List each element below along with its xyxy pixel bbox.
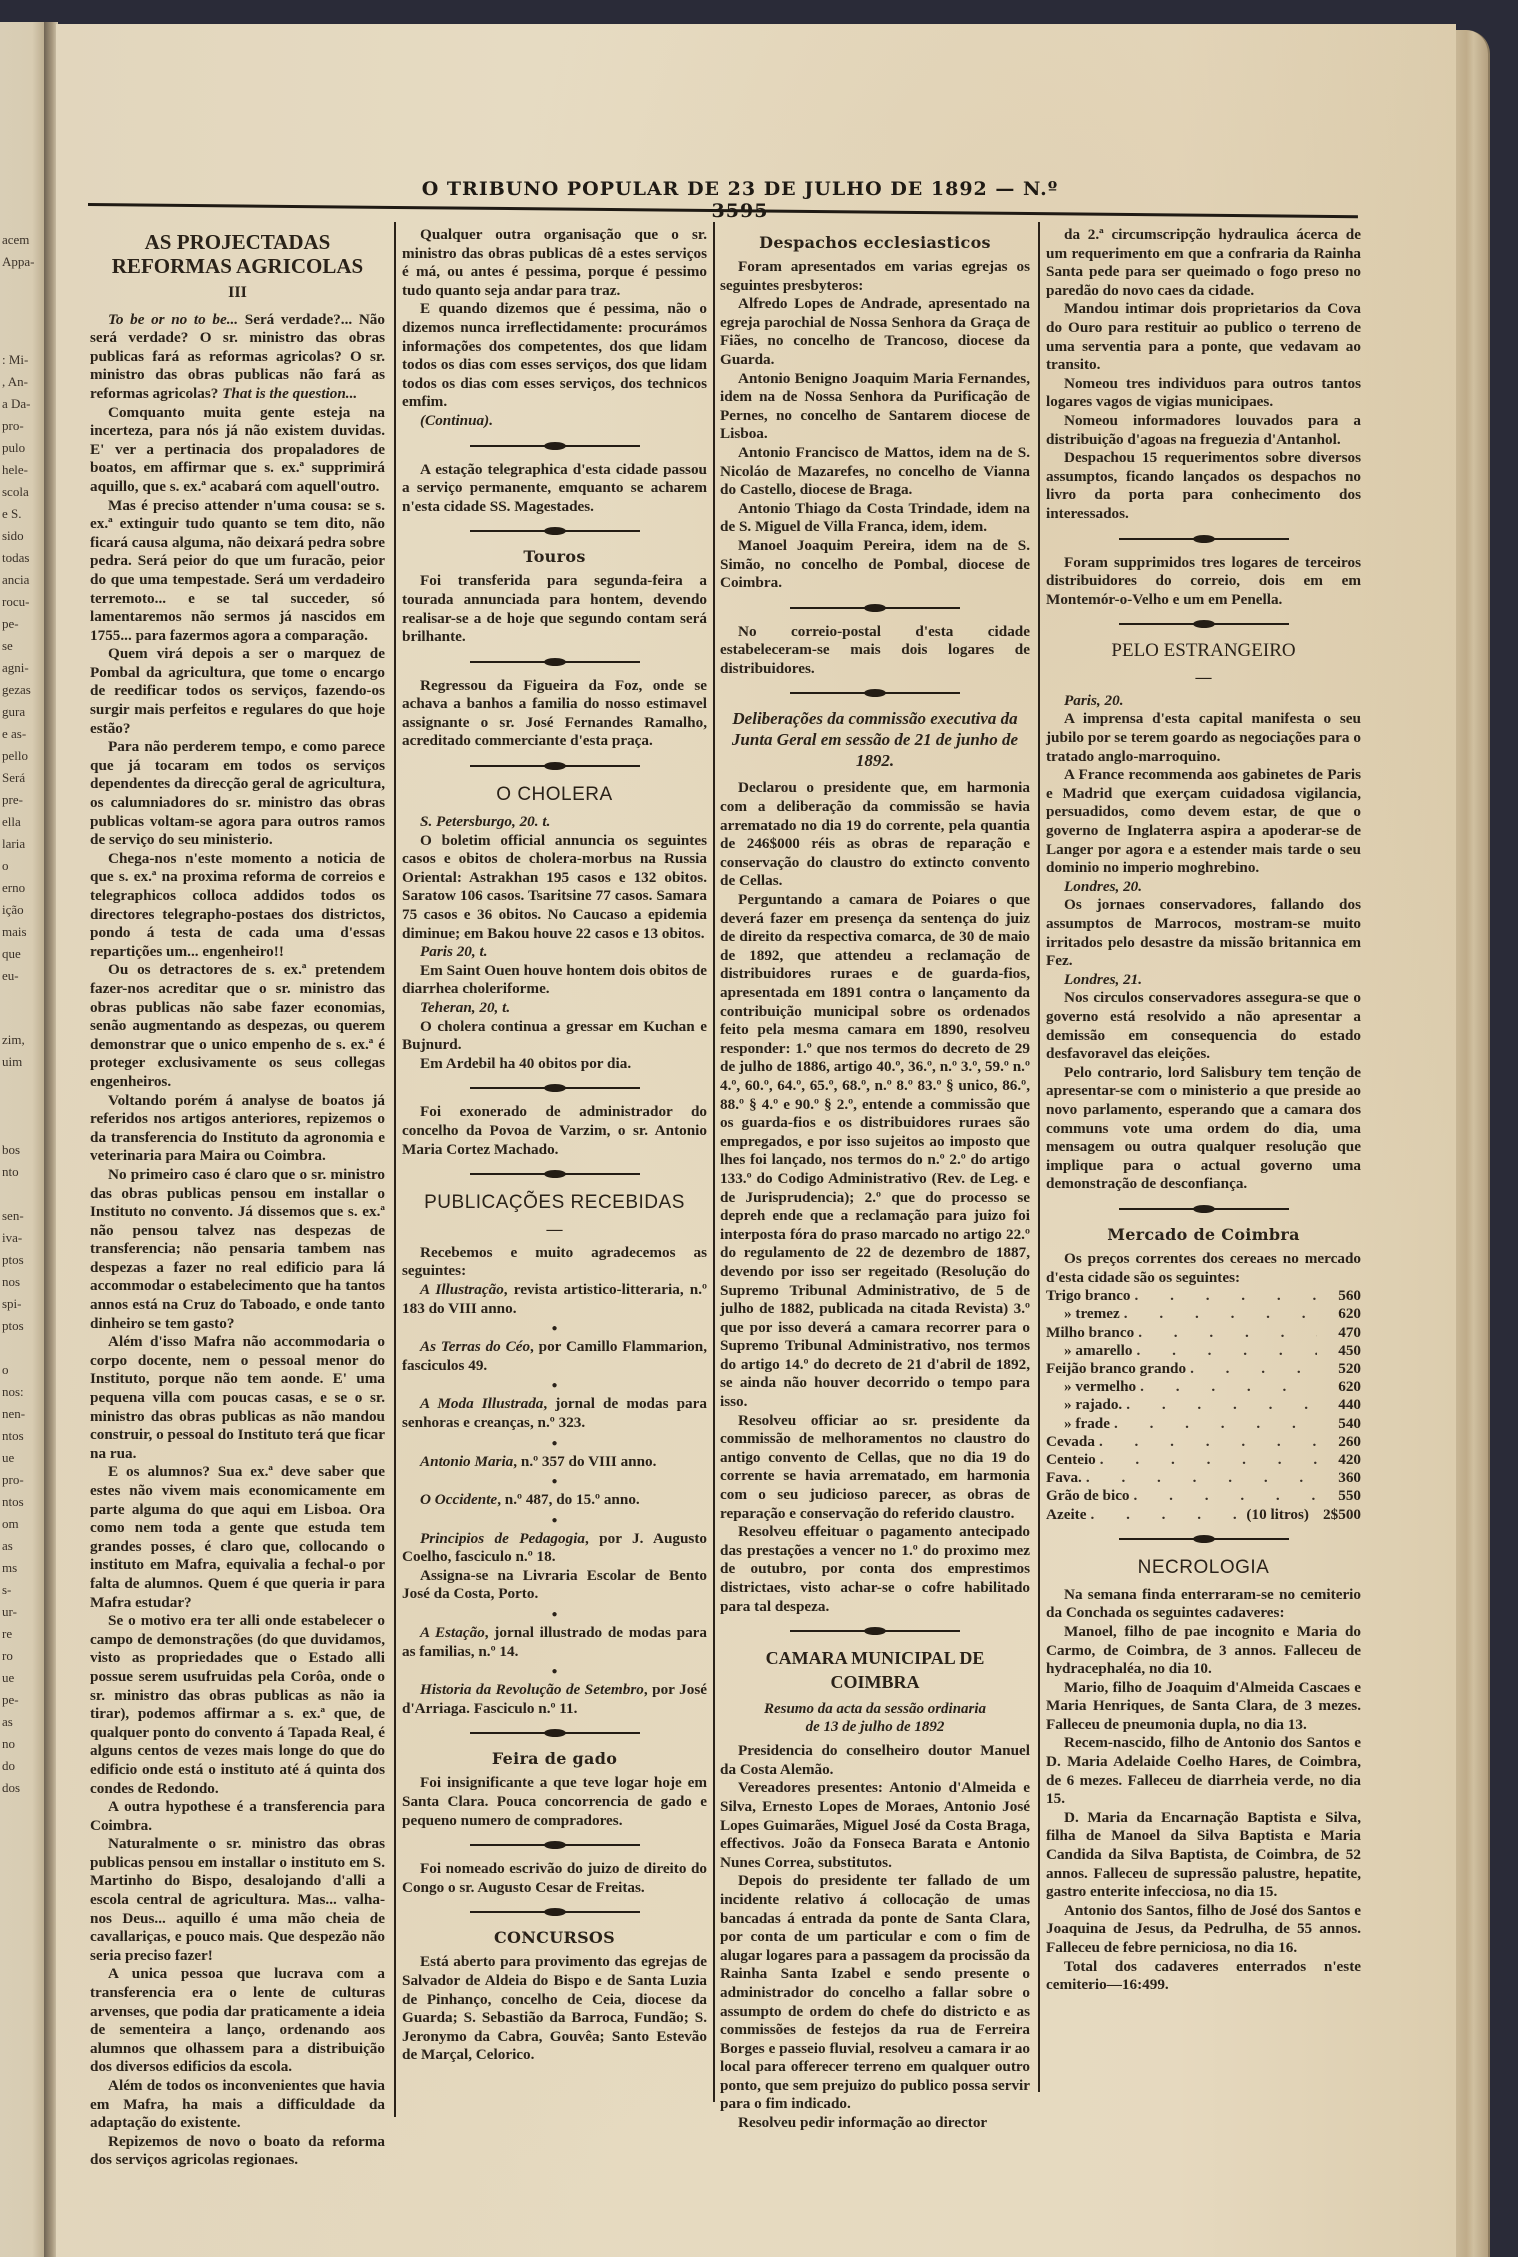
leader-dots: . . . . . . . . . . . . . . . [1122,1396,1317,1414]
price-row: Azeite. . . . . . . . . . . . . . .(10 l… [1046,1506,1361,1524]
price-item-name: » vermelho [1046,1378,1136,1396]
deliberacoes-body: Declarou o presidente que, em harmonia c… [720,779,1030,1616]
ornament-divider [470,437,640,455]
leader-dots: . . . . . . . . . . . . . . . [1132,1342,1317,1360]
article-paragraph: A unica pessoa que lucrava com a transfe… [90,1965,385,2077]
left-page-text-fragment: o [2,1362,9,1377]
news-item-correio: No correio-postal d'esta cidade estabele… [720,623,1030,679]
ornament-divider [470,1724,640,1742]
article-paragraph: Além de todos os inconvenientes que havi… [90,2077,385,2133]
ornament-divider [470,1165,640,1183]
leader-dots: . . . . . . . . . . . . . . . [1120,1305,1317,1323]
article-paragraph: Comquanto muita gente esteja na incertez… [90,404,385,497]
left-page-text-fragment: ro [2,1648,13,1663]
price-item-name: » amarello [1046,1342,1132,1360]
dash-divider: — [402,1221,707,1240]
ornament-divider [1119,1200,1289,1218]
left-page-text-fragment: nto [2,1164,19,1179]
section-title-necrologia: NECROLOGIA [1046,1556,1361,1580]
article-paragraph: Naturalmente o sr. ministro das obras pu… [90,1835,385,1965]
ornament-divider [1119,530,1289,548]
report-text: O cholera continua a gressar em Kuchan e… [402,1018,707,1055]
left-page-text-fragment: ancia [2,572,29,587]
price-row: Fava.. . . . . . . . . . . . . . .360 [1046,1469,1361,1487]
column-rule [1038,222,1040,2092]
leader-dots: . . . . . . . . . . . . . . . [1110,1415,1317,1433]
price-value: 420 [1317,1451,1361,1469]
leader-dots: . . . . . . . . . . . . . . . [1096,1451,1317,1469]
bullet-separator: ● [402,1322,707,1336]
publications-intro: Recebemos e muito agradecemos as seguint… [402,1244,707,1281]
price-row: Milho branco. . . . . . . . . . . . . . … [1046,1324,1361,1342]
article-title: AS PROJECTADAS REFORMAS AGRICOLAS [90,230,385,278]
obituary-entry: Manoel, filho de pae incognito e Maria d… [1046,1623,1361,1679]
bullet-separator: ● [402,1665,707,1679]
price-item-name: » tremez [1046,1305,1120,1323]
publication-entry: As Terras do Céo, por Camillo Flammarion… [402,1338,707,1375]
left-page-text-fragment: todas [2,550,29,565]
article-paragraph: Resolveu officiar ao sr. presidente da c… [720,1412,1030,1524]
publication-title: A Moda Illustrada [420,1395,543,1412]
price-row: Cevada. . . . . . . . . . . . . . .260 [1046,1433,1361,1451]
article-paragraph: No primeiro caso é claro que o sr. minis… [90,1166,385,1333]
left-page-text-fragment: que [2,946,21,961]
price-value: 260 [1317,1433,1361,1451]
masthead: O TRIBUNO POPULAR DE 23 DE JULHO DE 1892… [390,178,1090,222]
left-page-text-fragment: hele- [2,462,28,477]
publication-note: Assigna-se na Livraria Escolar de Bento … [402,1567,707,1604]
report-text: A France recommenda aos gabinetes de Par… [1046,766,1361,878]
article-paragraph: Resolveu effeituar o pagamento antecipad… [720,1523,1030,1616]
price-value: 620 [1317,1378,1361,1396]
price-item-name: Centeio [1046,1451,1096,1469]
section-title-estrangeiro: PELO ESTRANGEIRO [1046,639,1361,663]
ornament-divider [470,522,640,540]
article-paragraph: Além d'isso Mafra não accommodaria o cor… [90,1333,385,1463]
publication-title: As Terras do Céo [420,1338,530,1355]
ornament-divider [470,1903,640,1921]
report-text: Nos circulos conservadores assegura-se q… [1046,989,1361,1063]
column-2: Qualquer outra organisação que o sr. min… [402,226,707,2065]
left-page-text-fragment: bos [2,1142,20,1157]
column-rule [713,222,715,2102]
despacho-entry: Alfredo Lopes de Andrade, apresentado na… [720,295,1030,369]
publication-entry: Historia da Revolução de Setembro, por J… [402,1681,707,1718]
despachos-list: Foram apresentados em varias egrejas os … [720,258,1030,593]
publication-title: A Illustração [420,1281,504,1298]
obituary-entry: Total dos cadaveres enterrados n'este ce… [1046,1958,1361,1995]
left-page-text-fragment: o [2,858,9,873]
article-paragraph: Depois do presidente ter fallado de um i… [720,1872,1030,2114]
left-page-text-fragment: pre- [2,792,23,807]
left-page-text-fragment: ntos [2,1428,24,1443]
leader-dots: . . . . . . . . . . . . . . . [1134,1324,1317,1342]
price-row: Feijão branco grando. . . . . . . . . . … [1046,1360,1361,1378]
section-title-deliberacoes: Deliberações da commissão executiva da J… [720,708,1030,771]
price-value: 470 [1317,1324,1361,1342]
dash-divider: — [1046,669,1361,688]
price-row: » amarello. . . . . . . . . . . . . . .4… [1046,1342,1361,1360]
left-page-text-fragment: nos [2,1274,20,1289]
column-rule [394,222,396,2117]
left-page-text-fragment: eu- [2,968,19,983]
section-title-concursos: CONCURSOS [402,1927,707,1949]
article-paragraph: Nomeou tres individuos para outros tanto… [1046,375,1361,412]
mercado-intro: Os preços correntes dos cereaes no merca… [1046,1250,1361,1287]
section-title-camara: CAMARA MUNICIPAL DE COIMBRA [720,1646,1030,1694]
price-item-name: » rajado. [1046,1396,1122,1414]
ornament-divider [1119,1530,1289,1548]
left-page-text-fragment: re [2,1626,12,1641]
price-value: 540 [1317,1415,1361,1433]
left-page-text-fragment: ição [2,902,24,917]
left-page-text-fragment: dos [2,1780,20,1795]
section-title-feira: Feira de gado [402,1748,707,1770]
article-paragraph: Quem virá depois a ser o marquez de Pomb… [90,645,385,738]
article-paragraph: Para não perderem tempo, e como parece q… [90,738,385,850]
left-page-text-fragment: pe- [2,616,19,631]
ornament-divider [470,1079,640,1097]
section-title-publicacoes: PUBLICAÇÕES RECEBIDAS [402,1191,707,1215]
article-paragraph: Perguntando a camara de Poiares o que de… [720,891,1030,1412]
left-page-text-fragment: pello [2,748,28,763]
ornament-divider [790,684,960,702]
price-item-name: Milho branco [1046,1324,1134,1342]
news-item-telegrapho: A estação telegraphica d'esta cidade pas… [402,461,707,517]
background-top [0,0,1518,24]
price-row: » frade. . . . . . . . . . . . . . .540 [1046,1415,1361,1433]
price-row: » rajado.. . . . . . . . . . . . . . .44… [1046,1396,1361,1414]
left-page-text-fragment: gura [2,704,25,719]
news-item-feira: Foi insignificante a que teve logar hoje… [402,1774,707,1830]
column-4: da 2.ª circumscripção hydraulica ácerca … [1046,226,1361,1995]
ornament-divider [790,599,960,617]
report-text: Em Ardebil ha 40 obitos por dia. [402,1055,707,1074]
camara-body-continued: da 2.ª circumscripção hydraulica ácerca … [1046,226,1361,524]
price-value: 520 [1317,1360,1361,1378]
left-page-text-fragment: pe- [2,1692,19,1707]
left-page-text-fragment: pulo [2,440,25,455]
bullet-separator: ● [402,1379,707,1393]
estrangeiro-reports: Paris, 20.A imprensa d'esta capital mani… [1046,692,1361,1194]
news-item-supprimidos: Foram supprimidos tres logares de tercei… [1046,554,1361,610]
news-item-touros: Foi transferida para segunda-feira a tou… [402,572,707,646]
ornament-divider [1119,615,1289,633]
price-value: 450 [1317,1342,1361,1360]
leader-dots: . . . . . . . . . . . . . . . [1082,1469,1317,1487]
left-page-text-fragment: nos: [2,1384,24,1399]
left-page-text-fragment: sido [2,528,24,543]
article-paragraph: Vereadores presentes: Antonio d'Almeida … [720,1779,1030,1872]
left-page-text-fragment: as [2,1714,13,1729]
article-paragraph: To be or no to be... Será verdade?... Nã… [90,311,385,404]
left-page-text-fragment: rocu- [2,594,29,609]
article-paragraph: Mas é preciso attender n'uma cousa: se s… [90,497,385,646]
publications-list: A Illustração, revista artistico-littera… [402,1281,707,1719]
article-paragraph: E os alumnos? Sua ex.ª deve saber que es… [90,1463,385,1612]
column-3: Despachos ecclesiasticos Foram apresenta… [720,226,1030,2133]
left-page-text-fragment: ptos [2,1252,24,1267]
publication-details: , n.º 357 do VIII anno. [513,1453,656,1470]
article-paragraph: Se o motivo era ter alli onde estabelece… [90,1612,385,1798]
left-page-text-fragment: ur- [2,1604,17,1619]
left-page-text-fragment: scola [2,484,29,499]
dateline: Londres, 21. [1046,971,1361,990]
publication-entry: Principios de Pedagogia, por J. Augusto … [402,1530,707,1567]
leader-dots: . . . . . . . . . . . . . . . [1095,1433,1317,1451]
article-paragraph: Resolveu pedir informação ao director [720,2114,1030,2133]
column-1: AS PROJECTADAS REFORMAS AGRICOLAS III To… [90,226,385,2170]
dateline: Paris 20, t. [402,943,707,962]
article-paragraph: Repizemos de novo o boato da reforma dos… [90,2133,385,2170]
left-page-text-fragment: iva- [2,1230,22,1245]
left-page-text-fragment: gezas [2,682,31,697]
left-page-text-fragment: ms [2,1560,17,1575]
bullet-separator: ● [402,1437,707,1451]
article-paragraph: Voltando porém á analyse de boatos já re… [90,1092,385,1166]
news-item-concursos: Está aberto para provimento das egrejas … [402,1953,707,2065]
price-item-name: » frade [1046,1415,1110,1433]
left-page-text-fragment: mais [2,924,27,939]
obituary-entry: Mario, filho de Joaquim d'Almeida Cascae… [1046,1679,1361,1735]
article-paragraph: Ou os detractores de s. ex.ª pretendem f… [90,961,385,1091]
publication-entry: A Moda Illustrada, jornal de modas para … [402,1395,707,1432]
left-page-text-fragment: Será [2,770,25,785]
camara-body: Presidencia do conselheiro doutor Manuel… [720,1742,1030,2132]
publication-entry: A Illustração, revista artistico-littera… [402,1281,707,1318]
price-value: 550 [1317,1487,1361,1505]
price-unit: (10 litros) [1246,1506,1309,1524]
article-part: III [90,284,385,303]
bullet-separator: ● [402,1514,707,1528]
leader-dots: . . . . . . . . . . . . . . . [1086,1506,1246,1524]
article-paragraph: E quando dizemos que é pessima, não o di… [402,300,707,412]
left-page-text-fragment: pro- [2,418,24,433]
ornament-divider [470,1836,640,1854]
ornament-divider [790,1622,960,1640]
left-page-text-fragment: e as- [2,726,26,741]
left-page-text-fragment: : Mi- [2,352,28,367]
left-page-text-fragment: as [2,1538,13,1553]
left-page-text-fragment: uim [2,1054,22,1069]
obituary-entry: Na semana finda enterraram-se no cemiter… [1046,1586,1361,1623]
publication-title: Principios de Pedagogia [420,1530,585,1547]
news-item-exonerado: Foi exonerado de administrador do concel… [402,1103,707,1159]
price-value: 440 [1317,1396,1361,1414]
left-page-text-fragment: pro- [2,1472,24,1487]
left-page-text-fragment: ue [2,1450,14,1465]
left-page-text-fragment: Appa- [2,254,35,269]
price-row: » vermelho. . . . . . . . . . . . . . .6… [1046,1378,1361,1396]
section-title-despachos: Despachos ecclesiasticos [720,232,1030,254]
report-text: A imprensa d'esta capital manifesta o se… [1046,710,1361,766]
ornament-divider [470,653,640,671]
left-page-text-fragment: e S. [2,506,22,521]
price-row: » tremez. . . . . . . . . . . . . . .620 [1046,1305,1361,1323]
despacho-entry: Foram apresentados em varias egrejas os … [720,258,1030,295]
news-item-figueira: Regressou da Figueira da Foz, onde se ac… [402,677,707,751]
leader-dots: . . . . . . . . . . . . . . . [1186,1360,1317,1378]
left-page-text-fragment: agni- [2,660,29,675]
publication-entry: Antonio Maria, n.º 357 do VIII anno. [402,1453,707,1472]
left-page-text-fragment: a Da- [2,396,31,411]
publication-title: Historia da Revolução de Setembro [420,1681,644,1698]
left-page-text-fragment: ella [2,814,21,829]
report-text: O boletim official annuncia os seguintes… [402,832,707,944]
article-paragraph: Despachou 15 requerimentos sobre diverso… [1046,449,1361,523]
dateline: Paris, 20. [1046,692,1361,711]
leader-dots: . . . . . . . . . . . . . . . [1131,1287,1317,1305]
price-value: 360 [1317,1469,1361,1487]
price-item-name: Fava. [1046,1469,1082,1487]
despacho-entry: Antonio Francisco de Mattos, idem na de … [720,444,1030,500]
publication-title: O Occidente [420,1491,497,1508]
price-row: Grão de bico. . . . . . . . . . . . . . … [1046,1487,1361,1505]
publication-entry: A Estação, jornal illustrado de modas pa… [402,1624,707,1661]
article-paragraph: Qualquer outra organisação que o sr. min… [402,226,707,300]
despacho-entry: Antonio Thiago da Costa Trindade, idem n… [720,500,1030,537]
price-item-name: Azeite [1046,1506,1086,1524]
article-paragraph: Presidencia do conselheiro doutor Manuel… [720,1742,1030,1779]
left-page-text-fragment: se [2,638,13,653]
report-text: Pelo contrario, lord Salisbury tem tençã… [1046,1064,1361,1194]
bullet-separator: ● [402,1608,707,1622]
article-paragraph: Mandou intimar dois proprietarios da Cov… [1046,300,1361,374]
dateline: Londres, 20. [1046,878,1361,897]
price-item-name: Trigo branco [1046,1287,1131,1305]
publication-details: , n.º 487, do 15.º anno. [497,1491,640,1508]
left-page-text-fragment: do [2,1758,15,1773]
article-paragraph: Declarou o presidente que, em harmonia c… [720,779,1030,891]
left-page-text-fragment: nen- [2,1406,25,1421]
price-value: 620 [1317,1305,1361,1323]
report-text: Os jornaes conservadores, fallando dos a… [1046,896,1361,970]
section-title-mercado: Mercado de Coimbra [1046,1224,1361,1246]
section-title-cholera: O CHOLERA [402,783,707,807]
ornament-divider [470,757,640,775]
despacho-entry: Manoel Joaquim Pereira, idem na de S. Si… [720,537,1030,593]
left-page-text-fragment: ue [2,1670,14,1685]
cholera-reports: S. Petersburgo, 20. t.O boletim official… [402,813,707,1073]
news-item-escrivao: Foi nomeado escrivão do juizo de direito… [402,1860,707,1897]
left-page-text-fragment: erno [2,880,25,895]
obituary-entry: Recem-nascido, filho de Antonio dos Sant… [1046,1734,1361,1808]
left-page-text-fragment: no [2,1736,15,1751]
left-page-text-fragment: zim, [2,1032,25,1047]
obituary-entry: D. Maria da Encarnação Baptista e Silva,… [1046,1809,1361,1902]
price-value: 560 [1317,1287,1361,1305]
necrologia-body: Na semana finda enterraram-se no cemiter… [1046,1586,1361,1995]
price-value: 2$500 [1317,1506,1361,1524]
left-page-text-fragment: s- [2,1582,11,1597]
dateline: S. Petersburgo, 20. t. [402,813,707,832]
price-item-name: Feijão branco grando [1046,1360,1186,1378]
article-paragraph: Nomeou informadores louvados para a dist… [1046,412,1361,449]
article-paragraph: Chega-nos n'este momento a noticia de qu… [90,850,385,962]
left-page-text-fragment: acem [2,232,29,247]
camara-subtitle: Resumo da acta da sessão ordinariade 13 … [720,1700,1030,1736]
bullet-separator: ● [402,1475,707,1489]
price-item-name: Cevada [1046,1433,1095,1451]
article-paragraph: da 2.ª circumscripção hydraulica ácerca … [1046,226,1361,300]
left-page-text-fragment: , An- [2,374,28,389]
left-page-edge: acemAppa-: Mi-, An-a Da-pro-pulohele-sco… [0,22,46,2257]
left-page-text-fragment: om [2,1516,19,1531]
price-item-name: Grão de bico [1046,1487,1130,1505]
dateline: Teheran, 20, t. [402,999,707,1018]
left-page-text-fragment: sen- [2,1208,24,1223]
price-table: Trigo branco. . . . . . . . . . . . . . … [1046,1287,1361,1524]
price-row: Centeio. . . . . . . . . . . . . . .420 [1046,1451,1361,1469]
publication-title: A Estação [420,1624,485,1641]
publication-entry: O Occidente, n.º 487, do 15.º anno. [402,1491,707,1510]
left-page-text-fragment: spi- [2,1296,22,1311]
left-page-text-fragment: ntos [2,1494,24,1509]
despacho-entry: Antonio Benigno Joaquim Maria Fernandes,… [720,370,1030,444]
price-row: Trigo branco. . . . . . . . . . . . . . … [1046,1287,1361,1305]
left-page-text-fragment: ptos [2,1318,24,1333]
section-title-touros: Touros [402,546,707,568]
obituary-entry: Antonio dos Santos, filho de José dos Sa… [1046,1902,1361,1958]
leader-dots: . . . . . . . . . . . . . . . [1130,1487,1317,1505]
continua-note: (Continua). [402,412,707,431]
report-text: Em Saint Ouen houve hontem dois obitos d… [402,962,707,999]
left-page-text-fragment: laria [2,836,25,851]
article-paragraph: A outra hypothese é a transferencia para… [90,1798,385,1835]
leader-dots: . . . . . . . . . . . . . . . [1136,1378,1317,1396]
article-body: Comquanto muita gente esteja na incertez… [90,404,385,2170]
publication-title: Antonio Maria [420,1453,513,1470]
